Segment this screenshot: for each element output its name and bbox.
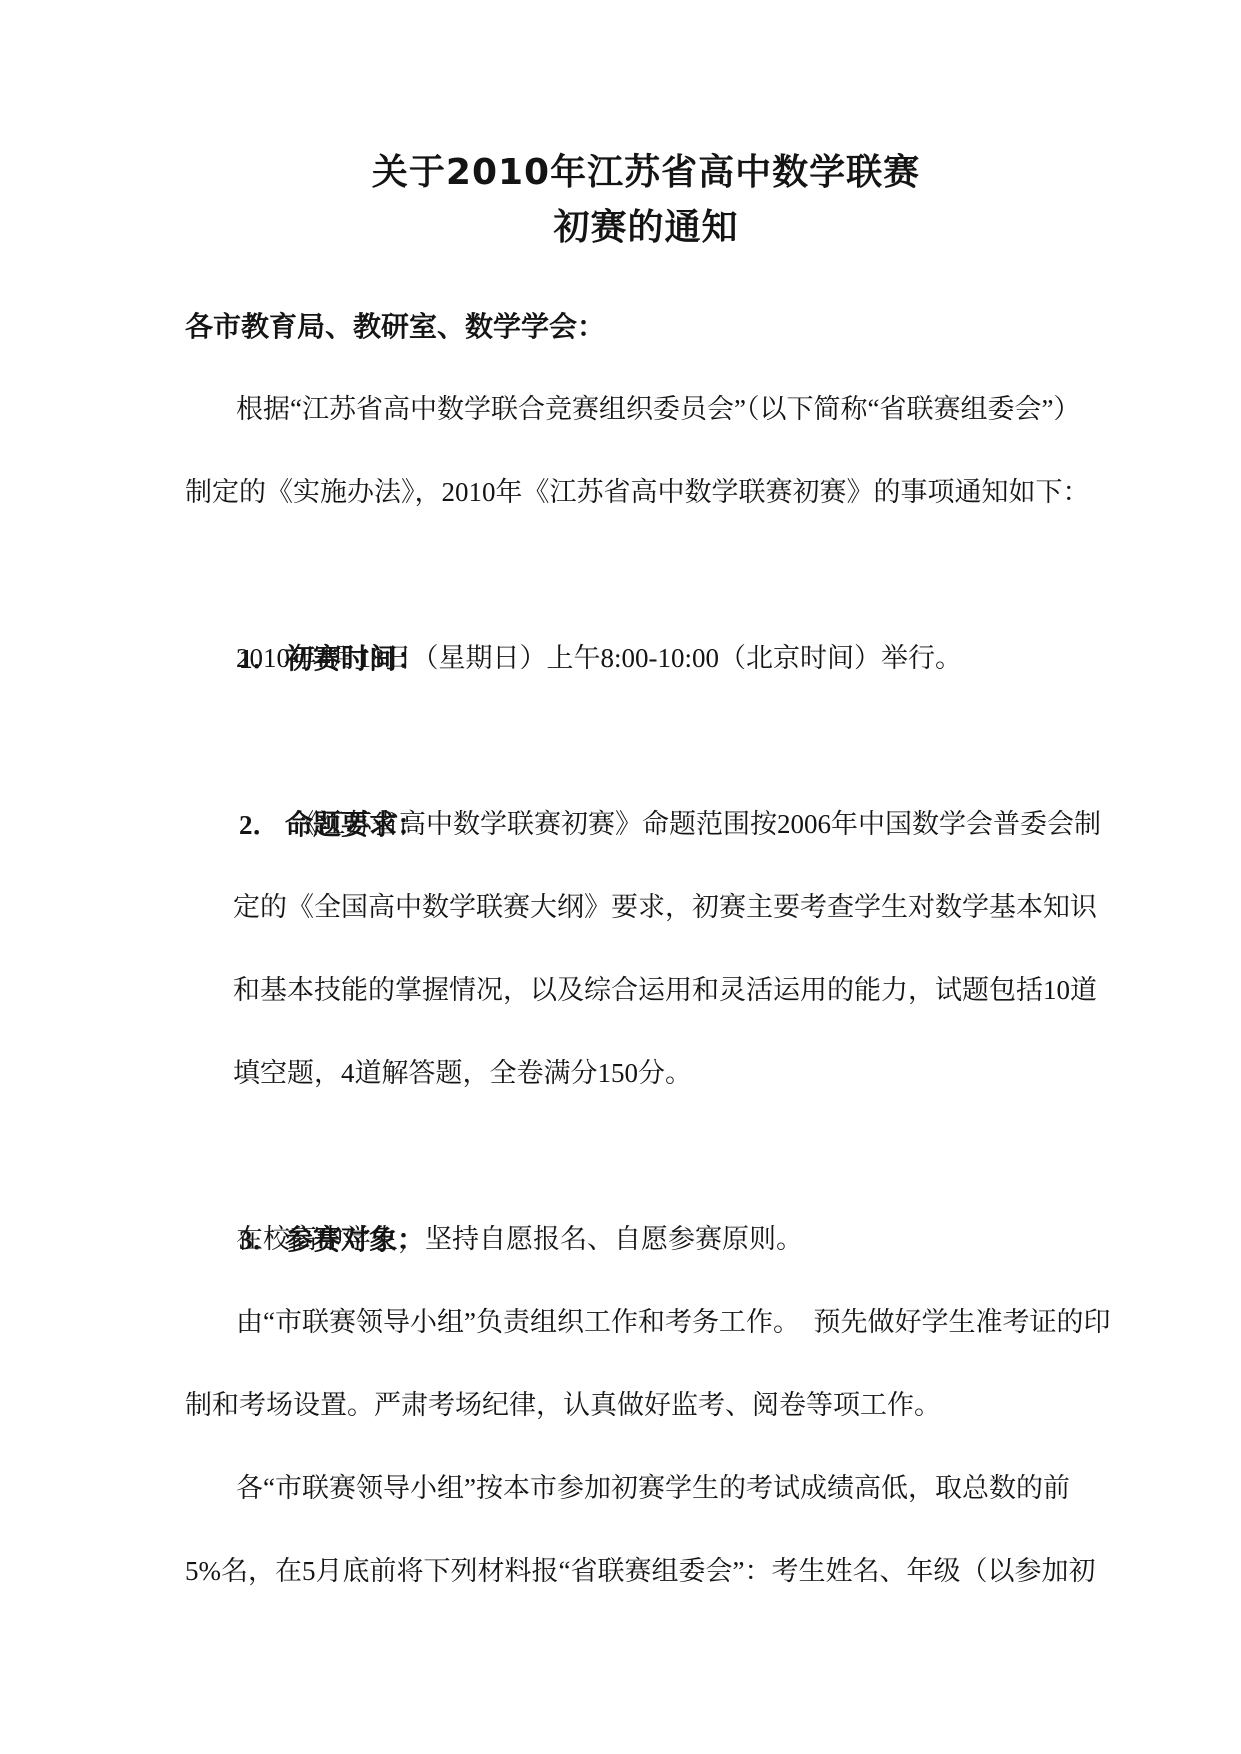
section-3-para1-line-1: 在校高中学生，坚持自愿报名、自愿参赛原则。	[185, 1198, 1107, 1281]
document-body: 各市教育局、教研室、数学学会： 根据“江苏省高中数学联合竞赛组织委员会”（以下简…	[185, 285, 1107, 1613]
section-2-heading-row: 2．命题要求：	[185, 700, 1107, 783]
section-1-heading-row: 1．初赛时间：	[185, 534, 1107, 617]
section-3-para2-line-1: 由“市联赛领导小组”负责组织工作和考务工作。 预先做好学生准考证的印	[185, 1281, 1107, 1364]
document-title-line-2: 初赛的通知	[185, 200, 1107, 255]
document-page: 关于2010年江苏省高中数学联赛 初赛的通知 各市教育局、教研室、数学学会： 根…	[0, 0, 1241, 1754]
section-2-number: 2．	[239, 784, 285, 867]
section-2-line-3: 和基本技能的掌握情况，以及综合运用和灵活运用的能力，试题包括10道	[233, 949, 1107, 1032]
section-3-heading-row: 3．参赛对象：	[185, 1115, 1107, 1198]
section-2-line-4: 填空题，4道解答题，全卷满分150分。	[233, 1032, 1107, 1115]
section-3-para3-line-2: 5%名，在5月底前将下列材料报“省联赛组委会”：考生姓名、年级（以参加初	[185, 1530, 1107, 1613]
document-title-line-1: 关于2010年江苏省高中数学联赛	[185, 145, 1107, 200]
intro-line-1: 根据“江苏省高中数学联合竞赛组织委员会”（以下简称“省联赛组委会”）	[185, 368, 1107, 451]
section-3-para3-line-1: 各“市联赛领导小组”按本市参加初赛学生的考试成绩高低，取总数的前	[185, 1447, 1107, 1530]
section-2-line-2: 定的《全国高中数学联赛大纲》要求，初赛主要考查学生对数学基本知识	[233, 866, 1107, 949]
section-3-para2-line-2: 制和考场设置。严肃考场纪律，认真做好监考、阅卷等项工作。	[185, 1364, 1107, 1447]
intro-line-2: 制定的《实施办法》，2010年《江苏省高中数学联赛初赛》的事项通知如下：	[185, 451, 1107, 534]
section-2-line-1: 《江苏省高中数学联赛初赛》命题范围按2006年中国数学会普委会制	[233, 783, 1107, 866]
section-1-line-1: 2010年4月18日（星期日）上午8:00-10:00（北京时间）举行。	[185, 617, 1107, 700]
salutation: 各市教育局、教研室、数学学会：	[185, 285, 1107, 368]
document-content: 关于2010年江苏省高中数学联赛 初赛的通知 各市教育局、教研室、数学学会： 根…	[185, 145, 1107, 1613]
